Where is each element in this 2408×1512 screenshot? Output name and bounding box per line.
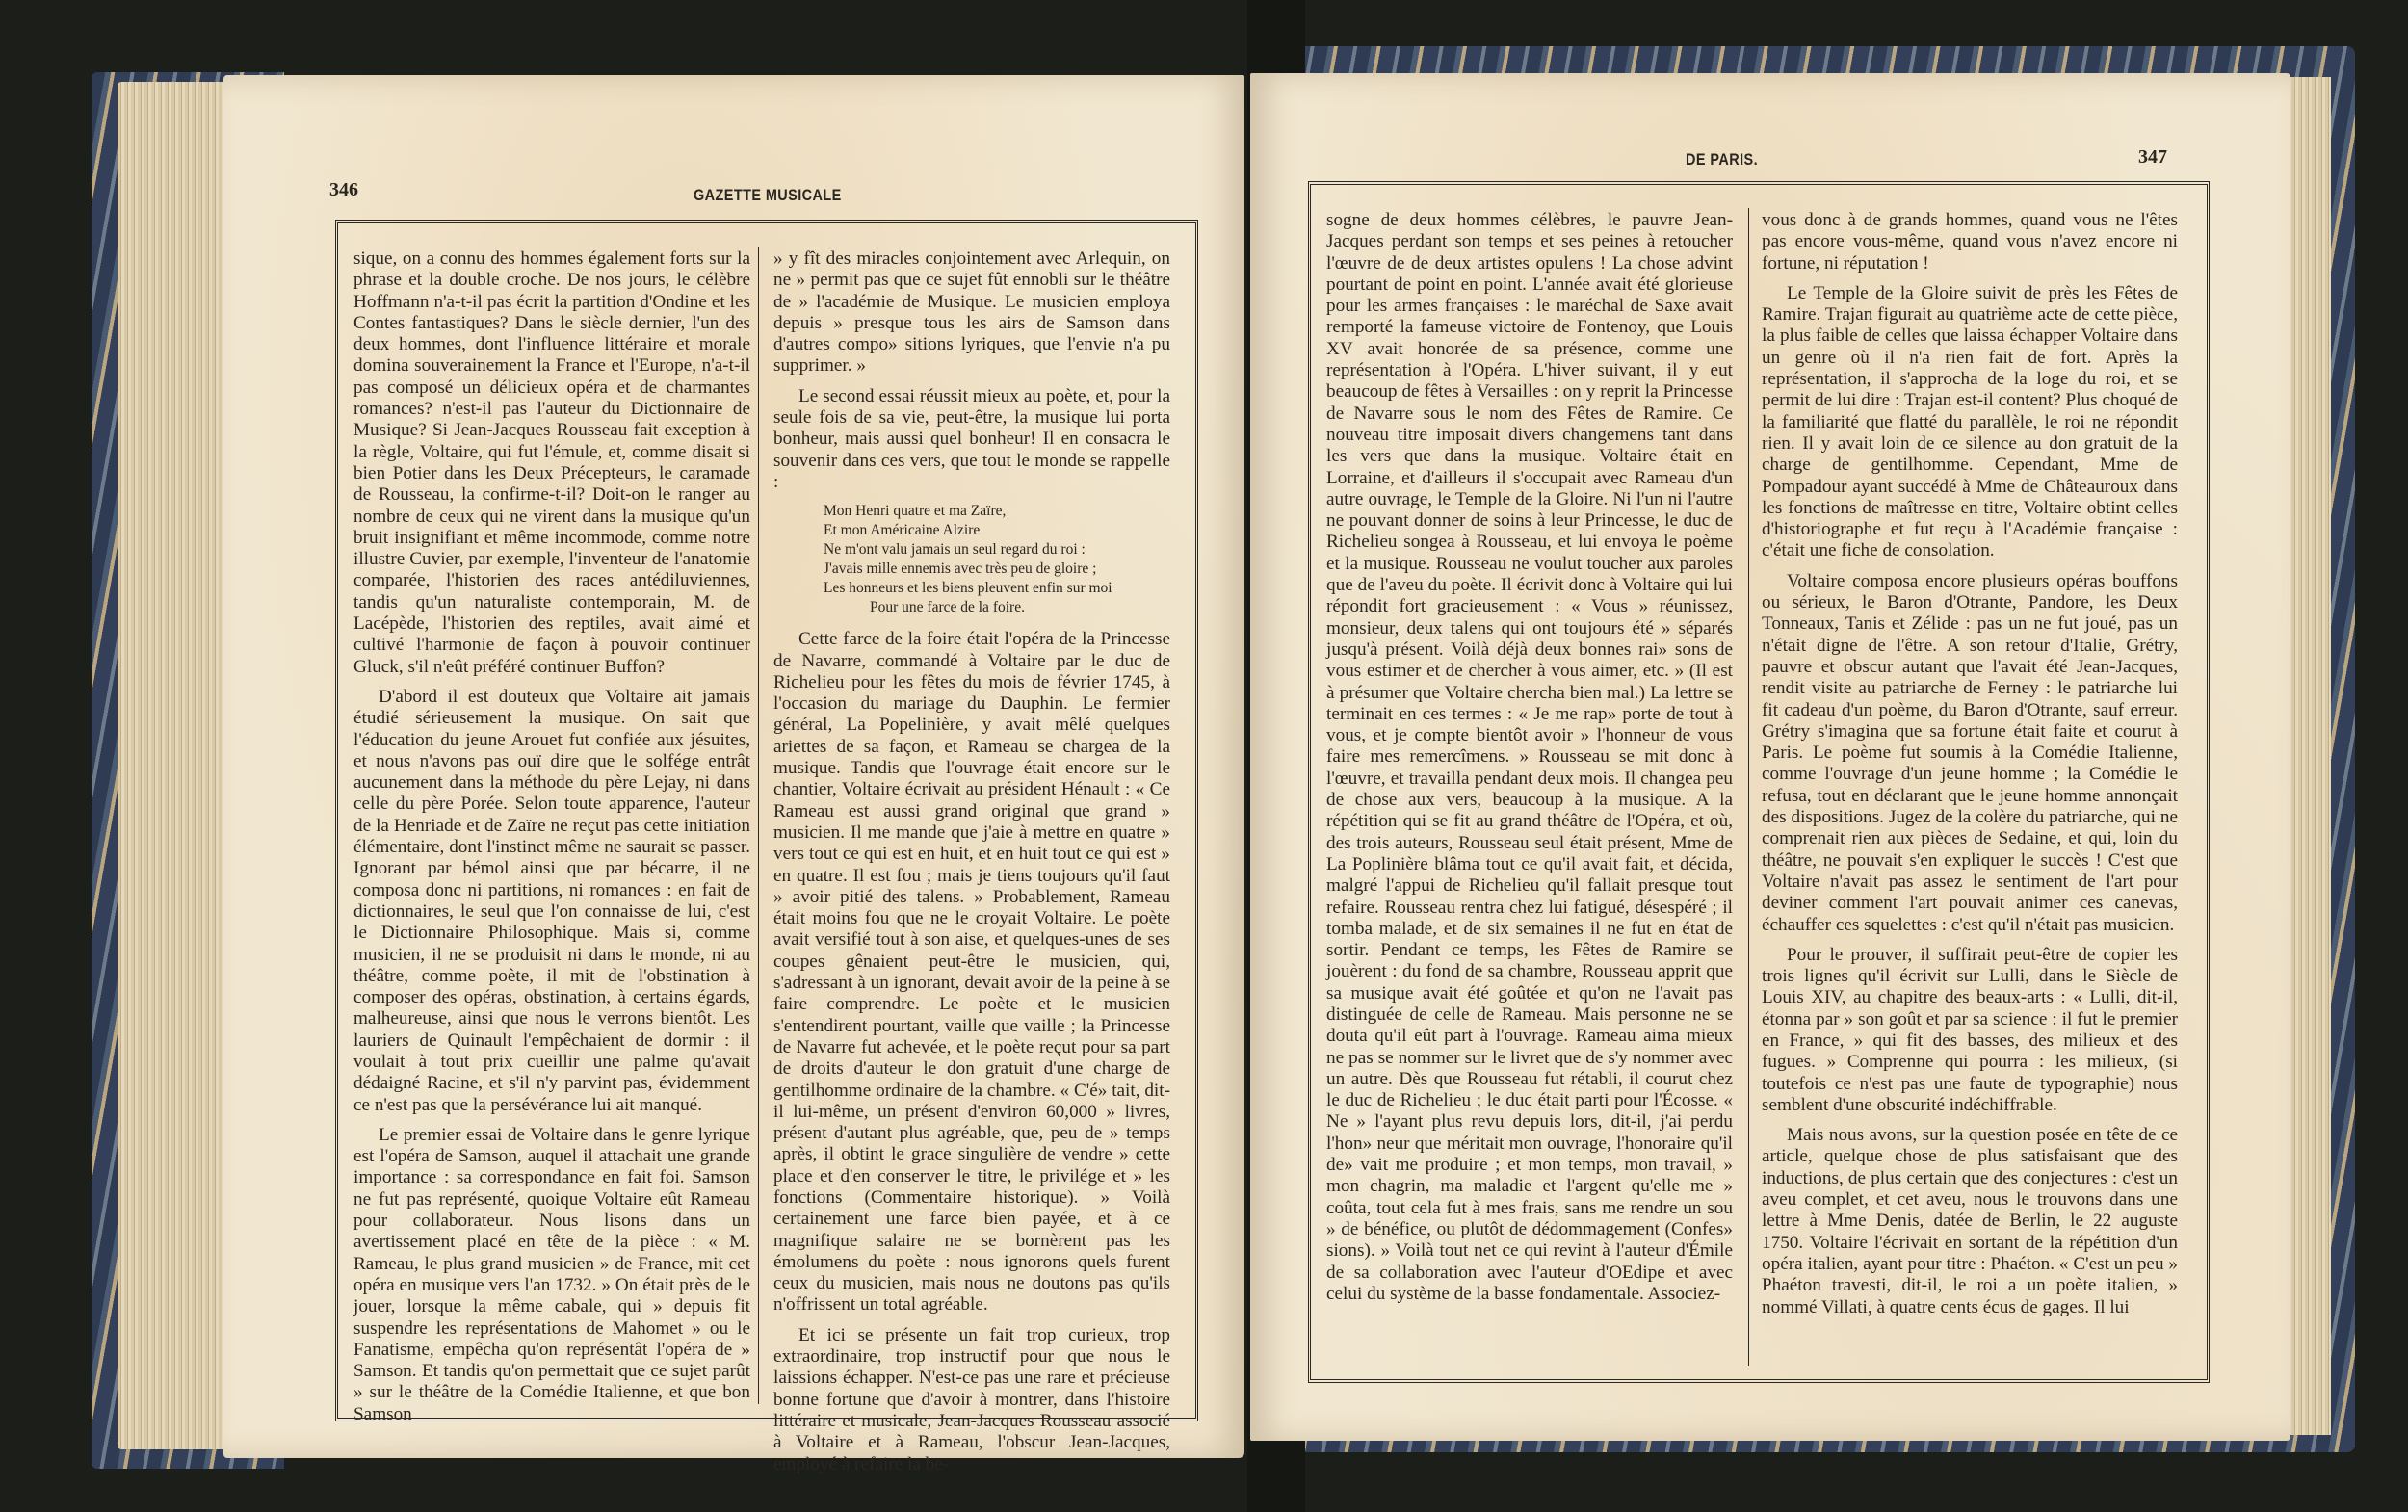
verse-line: Les honneurs et les biens pleuvent enfin… <box>824 579 1170 598</box>
column-rule <box>1748 208 1749 1366</box>
verse-line: Ne m'ont valu jamais un seul regard du r… <box>824 540 1170 560</box>
verse-line: J'avais mille ennemis avec très peu de g… <box>824 560 1170 579</box>
paragraph: Mais nous avons, sur la question posée e… <box>1762 1125 2178 1318</box>
paragraph: Pour le prouver, il suffirait peut-être … <box>1762 945 2178 1116</box>
paragraph: sogne de deux hommes célèbres, le pauvre… <box>1326 210 1733 1305</box>
left-text-frame: sique, on a connu des hommes également f… <box>335 220 1198 1421</box>
verse-line: Mon Henri quatre et ma Zaïre, <box>824 502 1170 521</box>
right-text-frame: sogne de deux hommes célèbres, le pauvre… <box>1308 181 2210 1383</box>
paragraph: Le second essai réussit mieux au poète, … <box>773 386 1170 493</box>
book-scan: 346 GAZETTE MUSICALE sique, on a connu d… <box>0 0 2408 1512</box>
paragraph: Voltaire composa encore plusieurs opéras… <box>1762 571 2178 936</box>
paragraph: » y fît des miracles conjointement avec … <box>773 248 1170 378</box>
paragraph: Et ici se présente un fait trop curieux,… <box>773 1325 1170 1475</box>
paragraph: Le Temple de la Gloire suivit de près le… <box>1762 283 2178 562</box>
running-head: GAZETTE MUSICALE <box>694 186 842 205</box>
paragraph: Le premier essai de Voltaire dans le gen… <box>353 1125 750 1425</box>
right-column-1: sogne de deux hommes célèbres, le pauvre… <box>1326 210 1733 1314</box>
verse-line: Et mon Américaine Alzire <box>824 521 1170 540</box>
left-column-2: » y fît des miracles conjointement avec … <box>773 248 1170 1484</box>
column-text-after-verse: Cette farce de la foire était l'opéra de… <box>773 629 1170 1475</box>
page-number: 346 <box>329 179 358 201</box>
left-column-1: sique, on a connu des hommes également f… <box>353 248 750 1434</box>
page-number: 347 <box>2138 146 2167 169</box>
verse-quotation: Mon Henri quatre et ma Zaïre,Et mon Amér… <box>824 502 1170 617</box>
right-column-2: vous donc à de grands hommes, quand vous… <box>1762 210 2178 1327</box>
paragraph: D'abord il est douteux que Voltaire ait … <box>353 687 750 1116</box>
paragraph: sique, on a connu des hommes également f… <box>353 248 750 678</box>
running-head: DE PARIS. <box>1686 150 1758 169</box>
paragraph: Cette farce de la foire était l'opéra de… <box>773 629 1170 1316</box>
column-rule <box>758 247 759 1404</box>
verse-line: Pour une farce de la foire. <box>824 598 1170 617</box>
paragraph: vous donc à de grands hommes, quand vous… <box>1762 210 2178 274</box>
column-text-before-verse: » y fît des miracles conjointement avec … <box>773 248 1170 493</box>
